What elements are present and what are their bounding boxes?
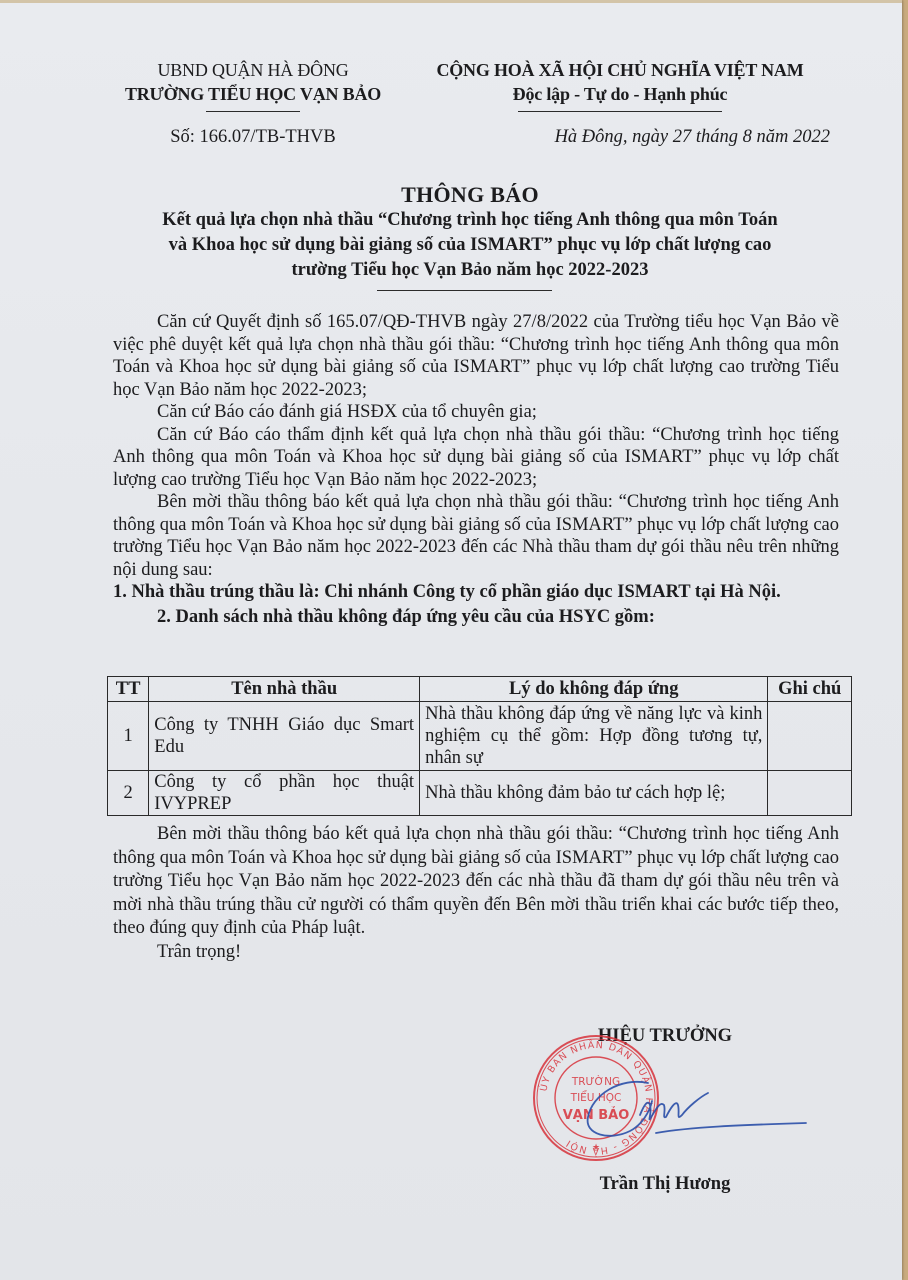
- cell-bidder-name: Công ty TNHH Giáo dục Smart Edu: [149, 702, 420, 771]
- legal-basis-paragraph: Căn cứ Báo cáo thẩm định kết quả lựa chọ…: [113, 424, 839, 492]
- page-top-edge: [0, 0, 902, 3]
- table-row: 1 Công ty TNHH Giáo dục Smart Edu Nhà th…: [108, 702, 852, 771]
- column-header-reason: Lý do không đáp ứng: [420, 677, 768, 702]
- closing-paragraph: Bên mời thầu thông báo kết quả lựa chọn …: [113, 823, 839, 941]
- school-name: TRƯỜNG TIỂU HỌC VẠN BẢO: [108, 82, 398, 106]
- handwritten-signature-icon: [570, 1075, 810, 1145]
- country-name: CỘNG HOÀ XÃ HỘI CHỦ NGHĨA VIỆT NAM: [390, 58, 850, 82]
- column-header-tt: TT: [108, 677, 149, 702]
- cell-tt: 2: [108, 771, 149, 816]
- column-header-note: Ghi chú: [768, 677, 852, 702]
- legal-basis-paragraph: Căn cứ Báo cáo đánh giá HSĐX của tổ chuy…: [113, 401, 839, 424]
- closing-section: Bên mời thầu thông báo kết quả lựa chọn …: [113, 823, 839, 964]
- subtitle-line: Kết quả lựa chọn nhà thầu “Chương trình …: [100, 208, 840, 233]
- subtitle-line: trường Tiểu học Vạn Bảo năm học 2022-202…: [100, 258, 840, 283]
- cell-reason: Nhà thầu không đáp ứng về năng lực và ki…: [420, 702, 768, 771]
- document-body: Căn cứ Quyết định số 165.07/QĐ-THVB ngày…: [113, 311, 839, 628]
- national-motto: Độc lập - Tự do - Hạnh phúc: [390, 82, 850, 106]
- national-title-block: CỘNG HOÀ XÃ HỘI CHỦ NGHĨA VIỆT NAM Độc l…: [390, 58, 850, 112]
- subtitle-rule: [377, 290, 552, 291]
- regards-text: Trân trọng!: [113, 941, 839, 965]
- rejected-bidders-table: TT Tên nhà thầu Lý do không đáp ứng Ghi …: [107, 676, 852, 816]
- rejected-list-heading: 2. Danh sách nhà thầu không đáp ứng yêu …: [157, 606, 839, 629]
- issuing-authority-block: UBND QUẬN HÀ ĐÔNG TRƯỜNG TIỂU HỌC VẠN BẢ…: [108, 58, 398, 112]
- document-subtitle: Kết quả lựa chọn nhà thầu “Chương trình …: [100, 208, 840, 283]
- cell-note: [768, 702, 852, 771]
- cell-tt: 1: [108, 702, 149, 771]
- cell-bidder-name: Công ty cổ phần học thuật IVYPREP: [149, 771, 420, 816]
- cell-note: [768, 771, 852, 816]
- cell-reason: Nhà thầu không đảm bảo tư cách hợp lệ;: [420, 771, 768, 816]
- header-right-rule: [518, 111, 722, 112]
- authority-name: UBND QUẬN HÀ ĐÔNG: [108, 58, 398, 82]
- subtitle-line: và Khoa học sử dụng bài giảng số của ISM…: [100, 233, 840, 258]
- announcement-paragraph: Bên mời thầu thông báo kết quả lựa chọn …: [113, 491, 839, 581]
- column-header-name: Tên nhà thầu: [149, 677, 420, 702]
- signer-name: Trần Thị Hương: [540, 1174, 790, 1195]
- document-page: UBND QUẬN HÀ ĐÔNG TRƯỜNG TIỂU HỌC VẠN BẢ…: [0, 0, 902, 1280]
- document-number: Số: 166.07/TB-THVB: [108, 127, 398, 148]
- document-title: THÔNG BÁO: [100, 182, 840, 208]
- header-left-rule: [206, 111, 300, 112]
- legal-basis-paragraph: Căn cứ Quyết định số 165.07/QĐ-THVB ngày…: [113, 311, 839, 401]
- document-date: Hà Đông, ngày 27 tháng 8 năm 2022: [390, 127, 850, 148]
- winning-bidder: 1. Nhà thầu trúng thầu là: Chi nhánh Côn…: [113, 581, 839, 604]
- table-row: 2 Công ty cổ phần học thuật IVYPREP Nhà …: [108, 771, 852, 816]
- table-header-row: TT Tên nhà thầu Lý do không đáp ứng Ghi …: [108, 677, 852, 702]
